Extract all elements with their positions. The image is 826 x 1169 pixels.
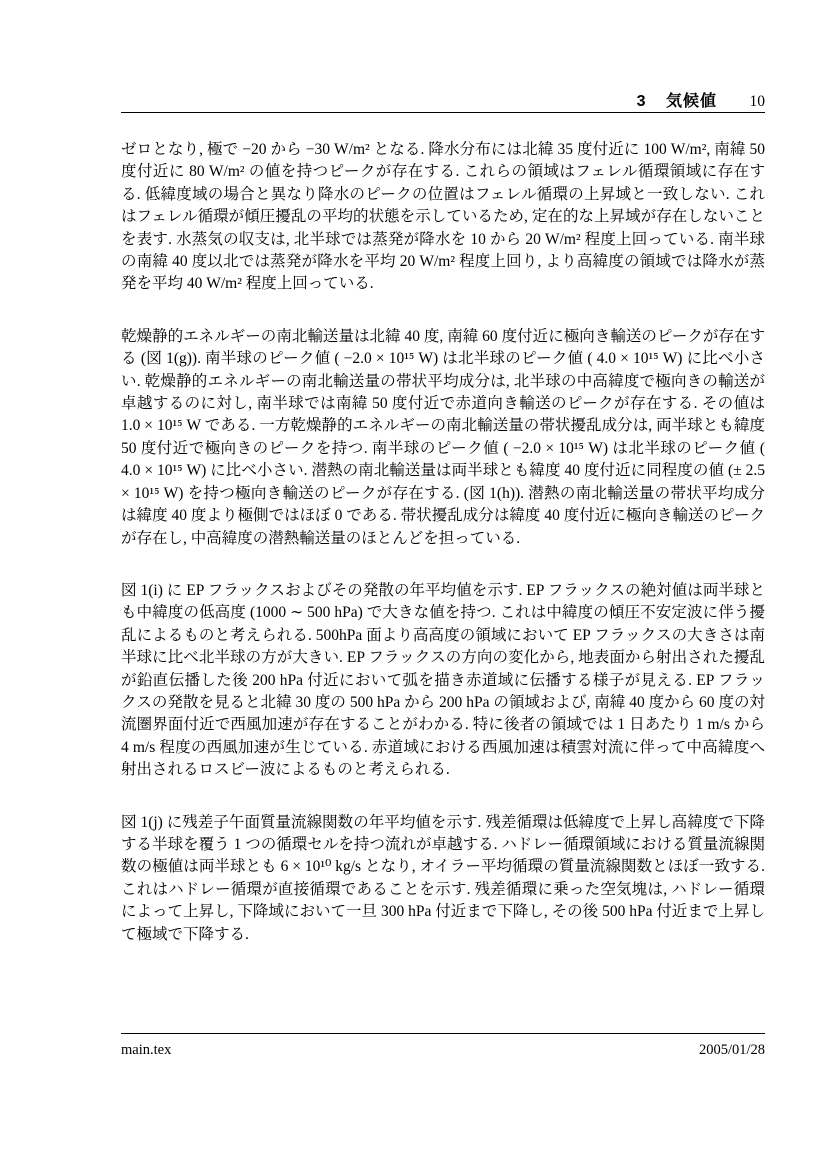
page-number: 10 xyxy=(743,93,765,111)
footer-date: 2005/01/28 xyxy=(699,1042,765,1059)
running-header: 3 気候値 10 xyxy=(121,88,765,111)
body-paragraph: ゼロとなり, 極で −20 から −30 W/m² となる. 降水分布には北緯 … xyxy=(121,139,765,296)
footer-filename: main.tex xyxy=(121,1042,171,1059)
header-section: 3 気候値 xyxy=(637,88,717,111)
body-paragraph: 乾燥静的エネルギーの南北輸送量は北緯 40 度, 南緯 60 度付近に極向き輸送… xyxy=(121,326,765,550)
document-page: 3 気候値 10 ゼロとなり, 極で −20 から −30 W/m² となる. … xyxy=(0,0,826,1169)
header-rule xyxy=(121,112,765,113)
footer-rule xyxy=(121,1033,765,1034)
header-section-number: 3 xyxy=(637,93,647,110)
body-paragraph: 図 1(i) に EP フラックスおよびその発散の年平均値を示す. EP フラッ… xyxy=(121,580,765,782)
body-paragraph: 図 1(j) に残差子午面質量流線関数の年平均値を示す. 残差循環は低緯度で上昇… xyxy=(121,812,765,946)
header-section-title: 気候値 xyxy=(666,93,717,110)
body-text: ゼロとなり, 極で −20 から −30 W/m² となる. 降水分布には北緯 … xyxy=(121,139,765,976)
page-footer: main.tex 2005/01/28 xyxy=(121,1042,765,1059)
